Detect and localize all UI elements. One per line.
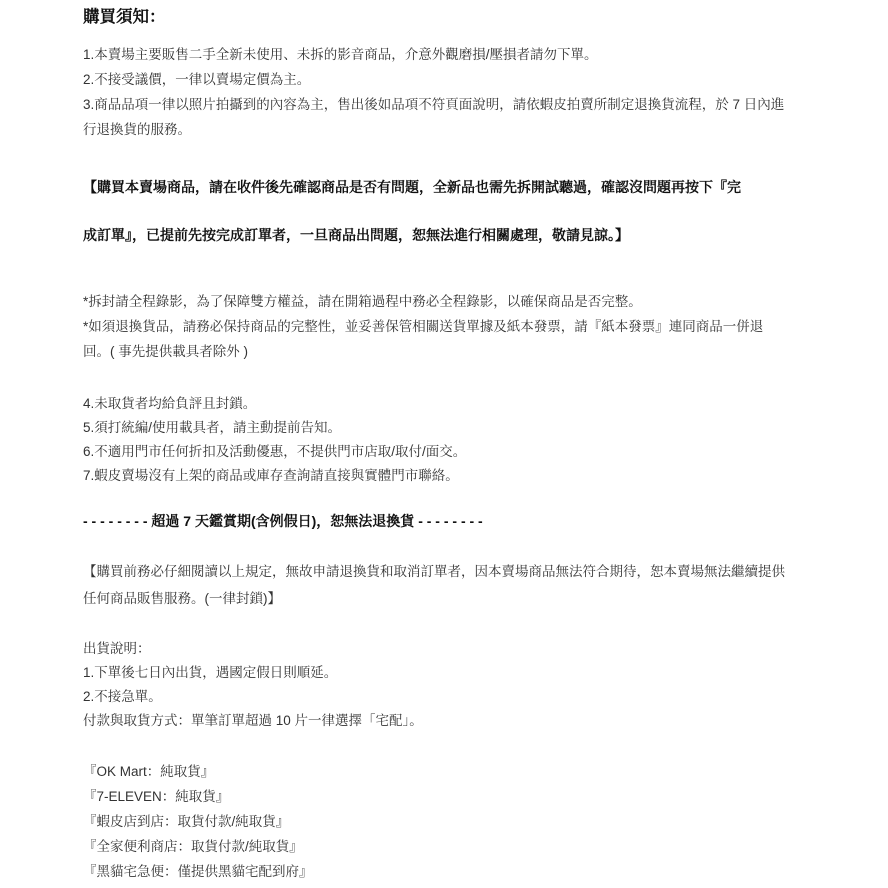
rule-line: 4.未取貨者均給負評且封鎖。 [83, 392, 828, 416]
rule-line: 3.商品品項一律以照片拍攝到的內容為主，售出後如品項不符頁面說明，請依蝦皮拍賣所… [83, 92, 828, 117]
rule-line: 行退換貨的服務。 [83, 117, 828, 142]
purchase-notice-document: 購買須知： 1.本賣場主要販售二手全新未使用、未拆的影音商品，介意外觀磨損/壓損… [0, 0, 888, 888]
final-warning: 【購買前務必仔細閱讀以上規定，無故申請退換貨和取消訂單者，因本賣場商品無法符合期… [83, 558, 828, 612]
note-line: *如須退換貨品，請務必保持商品的完整性，並妥善保管相關送貨單據及紙本發票，請『紙… [83, 314, 828, 339]
rule-line: 2.不接受議價，一律以賣場定價為主。 [83, 67, 828, 92]
note-line: 回。( 事先提供載具者除外 ) [83, 339, 828, 364]
pickup-option: 『蝦皮店到店：取貨付款/純取貨』 [83, 809, 828, 834]
shipping-section: 出貨說明： 1.下單後七日內出貨，遇國定假日則順延。 2.不接急單。 付款與取貨… [83, 637, 828, 733]
pickup-options-section: 『OK Mart：純取貨』 『7-ELEVEN：純取貨』 『蝦皮店到店：取貨付款… [83, 759, 828, 884]
pickup-option: 『OK Mart：純取貨』 [83, 759, 828, 784]
shipping-heading: 出貨說明： [83, 637, 828, 661]
shipping-line: 1.下單後七日內出貨，遇國定假日則順延。 [83, 661, 828, 685]
shipping-line: 2.不接急單。 [83, 685, 828, 709]
confirm-order-notice: 【購買本賣場商品，請在收件後先確認商品是否有問題，全新品也需先拆開試聽過，確認沒… [83, 163, 828, 259]
page-title: 購買須知： [83, 6, 828, 28]
warning-line: 任何商品販售服務。(一律封鎖)】 [83, 585, 828, 612]
additional-rules-section: 4.未取貨者均給負評且封鎖。 5.須打統編/使用載具者，請主動提前告知。 6.不… [83, 392, 828, 488]
notice-line: 【購買本賣場商品，請在收件後先確認商品是否有問題，全新品也需先拆開試聽過，確認沒… [83, 163, 828, 211]
rules-section: 1.本賣場主要販售二手全新未使用、未拆的影音商品，介意外觀磨損/壓損者請勿下單。… [83, 42, 828, 142]
notice-line: 成訂單』，已提前先按完成訂單者，一旦商品出問題，恕無法進行相關處理，敬請見諒。】 [83, 211, 828, 259]
pickup-option: 『黑貓宅急便：僅提供黑貓宅配到府』 [83, 859, 828, 884]
shipping-line: 付款與取貨方式：單筆訂單超過 10 片一律選擇「宅配」。 [83, 709, 828, 733]
pickup-option: 『7-ELEVEN：純取貨』 [83, 784, 828, 809]
unboxing-notes: *拆封請全程錄影，為了保障雙方權益，請在開箱過程中務必全程錄影，以確保商品是否完… [83, 289, 828, 364]
rule-line: 5.須打統編/使用載具者，請主動提前告知。 [83, 416, 828, 440]
rule-line: 6.不適用門市任何折扣及活動優惠，不提供門市店取/取付/面交。 [83, 440, 828, 464]
pickup-option: 『全家便利商店：取貨付款/純取貨』 [83, 834, 828, 859]
note-line: *拆封請全程錄影，為了保障雙方權益，請在開箱過程中務必全程錄影，以確保商品是否完… [83, 289, 828, 314]
deadline-banner: - - - - - - - - 超過 7 天鑑賞期(含例假日)，恕無法退換貨 -… [83, 509, 828, 534]
warning-line: 【購買前務必仔細閱讀以上規定，無故申請退換貨和取消訂單者，因本賣場商品無法符合期… [83, 558, 828, 585]
rule-line: 7.蝦皮賣場沒有上架的商品或庫存查詢請直接與實體門市聯絡。 [83, 464, 828, 488]
rule-line: 1.本賣場主要販售二手全新未使用、未拆的影音商品，介意外觀磨損/壓損者請勿下單。 [83, 42, 828, 67]
